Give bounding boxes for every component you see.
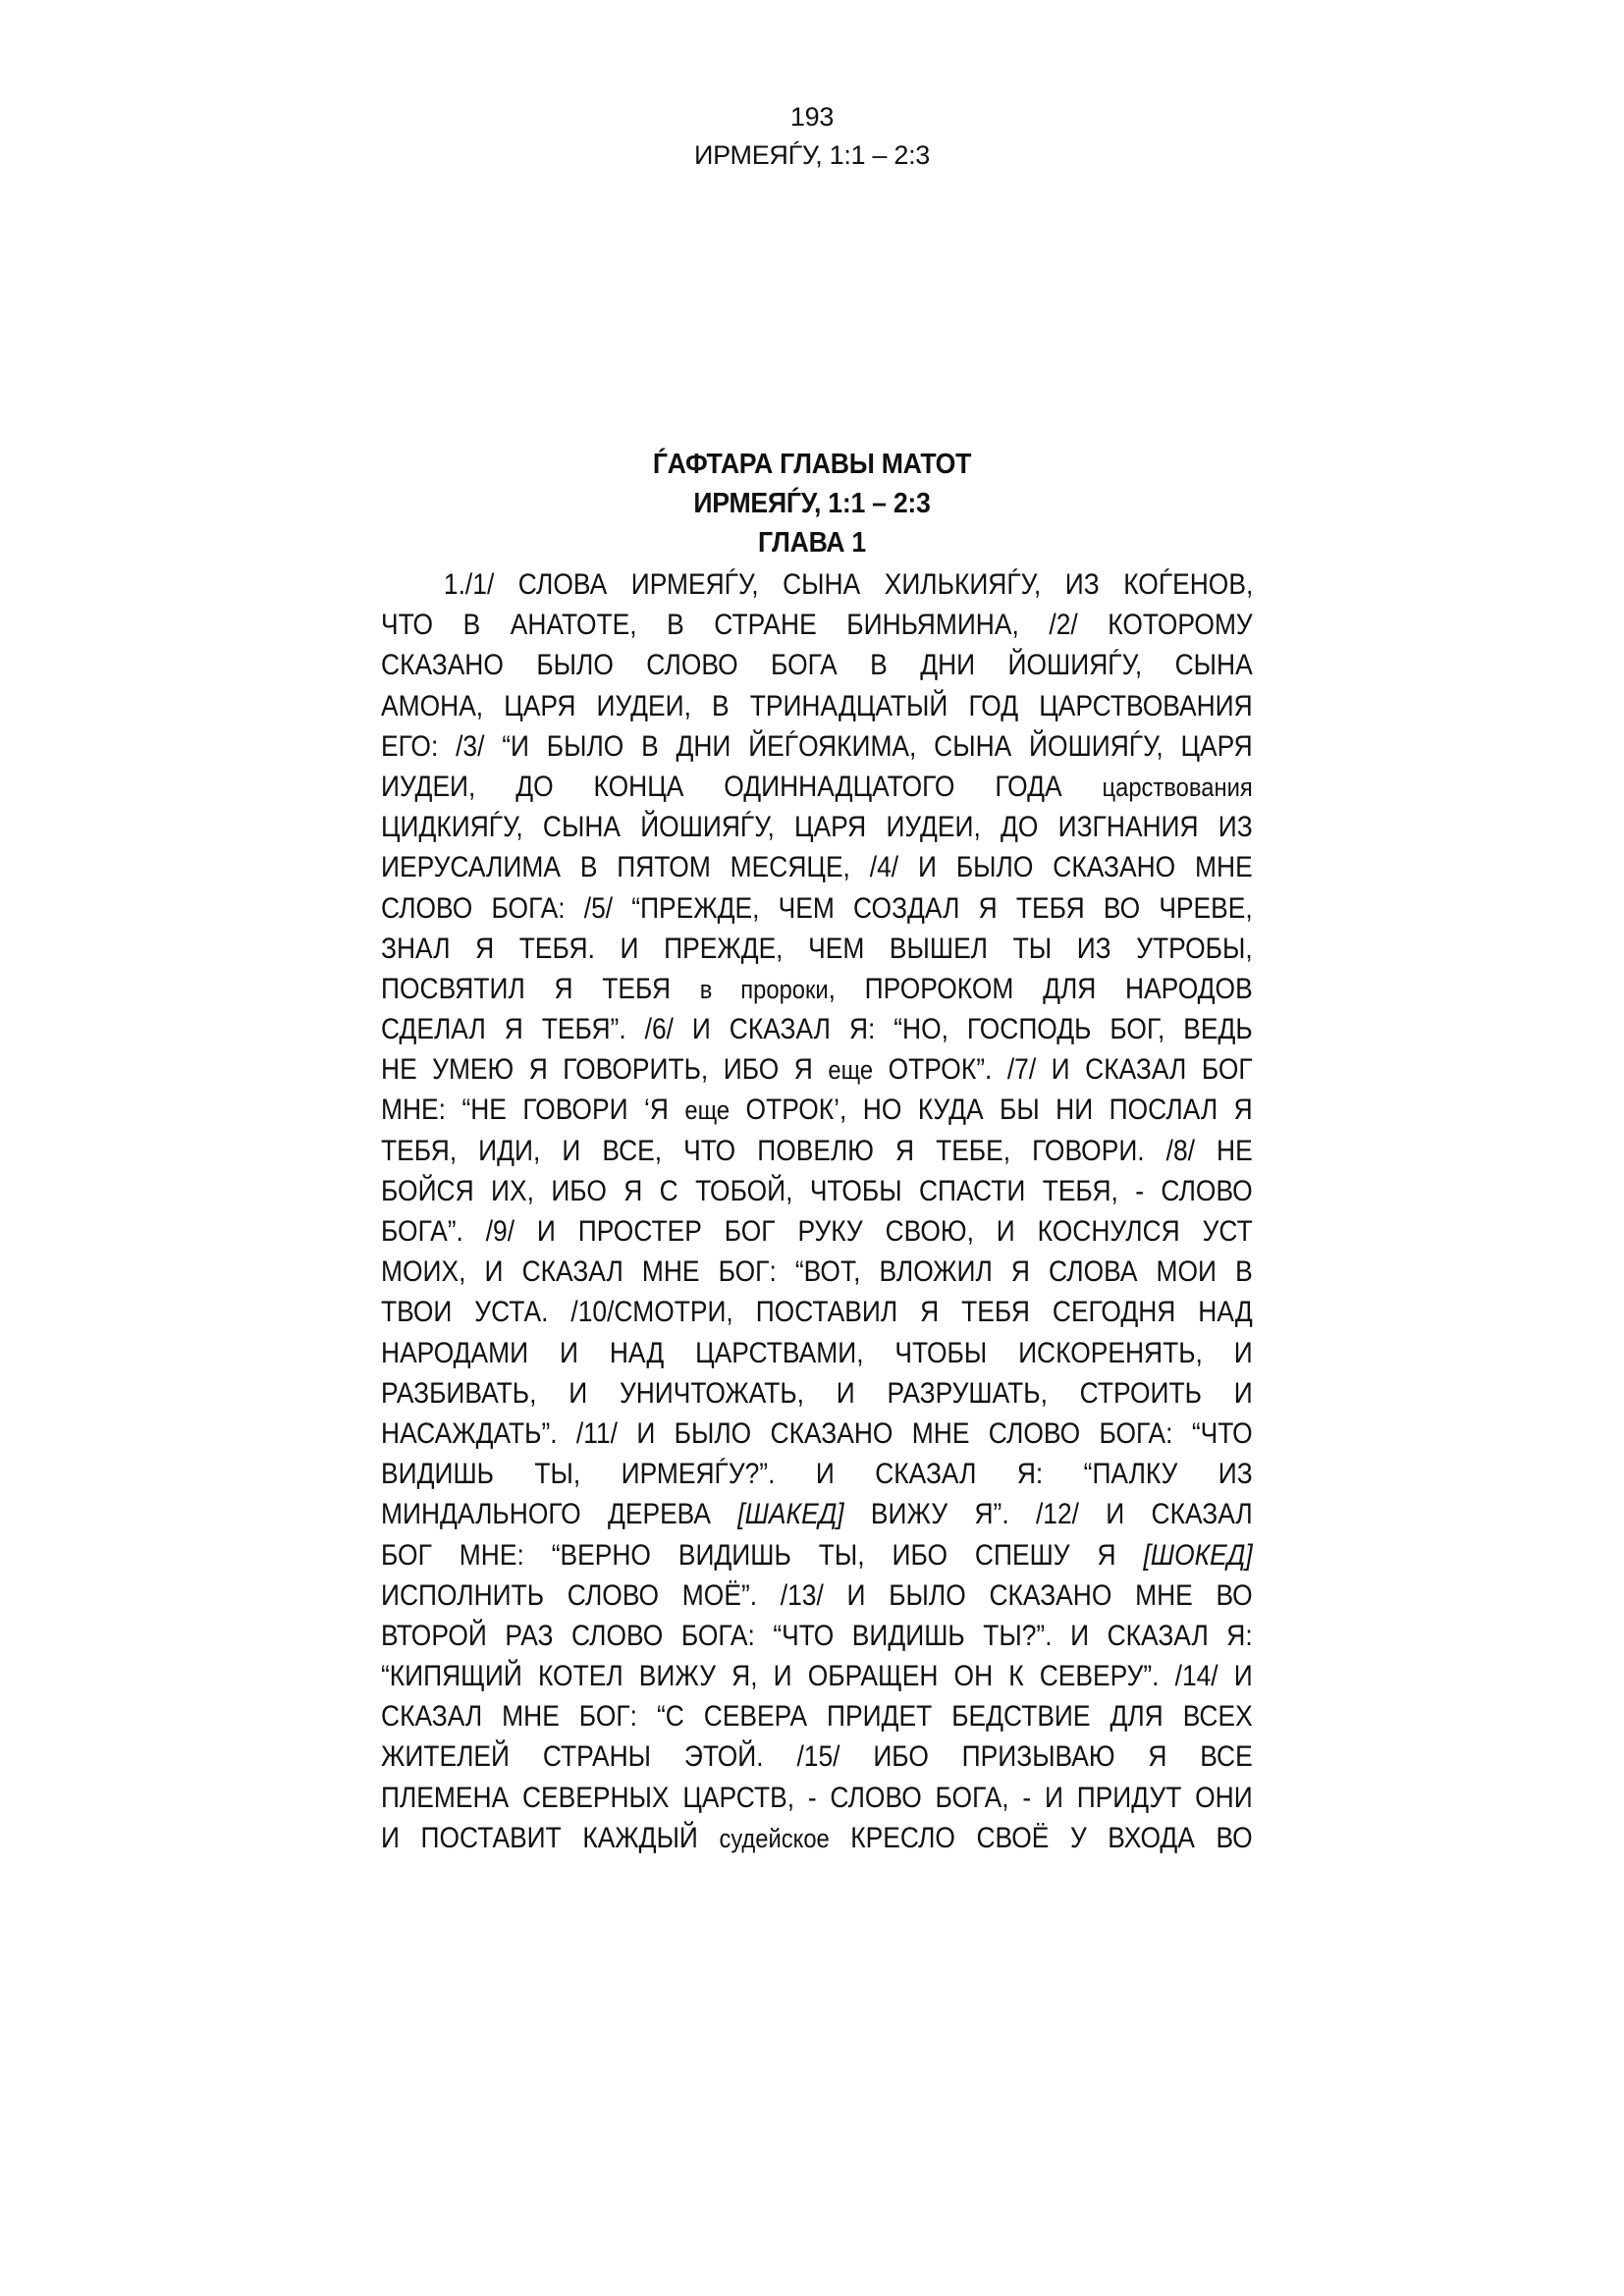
text-line-content: НАСАЖДАТЬ”. /11/ И БЫЛО СКАЗАНО МНЕ СЛОВ… <box>381 1414 1253 1454</box>
text-line-content: ИЕРУСАЛИМА В ПЯТОМ МЕСЯЦЕ, /4/ И БЫЛО СК… <box>381 847 1253 887</box>
body-text: 1./1/ СЛОВА ИРМЕЯЃУ, СЫНА ХИЛЬКИЯЃУ, ИЗ … <box>381 564 1253 1858</box>
text-line: ЦИДКИЯЃУ, СЫНА ЙОШИЯЃУ, ЦАРЯ ИУДЕИ, ДО И… <box>381 807 1253 847</box>
text-line-content: ЕГО: /3/ “И БЫЛО В ДНИ ЙЕЃОЯКИМА, СЫНА Й… <box>381 726 1253 767</box>
text-line-content: “КИПЯЩИЙ КОТЕЛ ВИЖУ Я, И ОБРАЩЕН ОН К СЕ… <box>381 1656 1253 1696</box>
text-line-content: ЖИТЕЛЕЙ СТРАНЫ ЭТОЙ. /15/ ИБО ПРИЗЫВАЮ Я… <box>381 1736 1253 1777</box>
text-line: СКАЗАНО БЫЛО СЛОВО БОГА В ДНИ ЙОШИЯЃУ, С… <box>381 645 1253 685</box>
text-line-content: ИСПОЛНИТЬ СЛОВО МОЁ”. /13/ И БЫЛО СКАЗАН… <box>381 1575 1253 1616</box>
text-line: БОЙСЯ ИХ, ИБО Я С ТОБОЙ, ЧТОБЫ СПАСТИ ТЕ… <box>381 1171 1253 1211</box>
text-line: ИСПОЛНИТЬ СЛОВО МОЁ”. /13/ И БЫЛО СКАЗАН… <box>381 1575 1253 1616</box>
text-line-content: ЧТО В АНАТОТЕ, В СТРАНЕ БИНЬЯМИНА, /2/ К… <box>381 605 1253 645</box>
text-line: МНЕ: “НЕ ГОВОРИ ‘Я еще ОТРОК’, НО КУДА Б… <box>381 1090 1253 1130</box>
text-line-content: БОГ МНЕ: “ВЕРНО ВИДИШЬ ТЫ, ИБО СПЕШУ Я [… <box>381 1535 1253 1575</box>
text-line-content: ИУДЕИ, ДО КОНЦА ОДИННАДЦАТОГО ГОДА царст… <box>381 767 1253 808</box>
text-line: БОГА”. /9/ И ПРОСТЕР БОГ РУКУ СВОЮ, И КО… <box>381 1211 1253 1252</box>
text-line: ВИДИШЬ ТЫ, ИРМЕЯЃУ?”. И СКАЗАЛ Я: “ПАЛКУ… <box>381 1454 1253 1494</box>
running-title: ИРМЕЯЃУ, 1:1 – 2:3 <box>0 136 1624 175</box>
text-line: СДЕЛАЛ Я ТЕБЯ”. /6/ И СКАЗАЛ Я: “НО, ГОС… <box>381 1009 1253 1049</box>
text-line: НЕ УМЕЮ Я ГОВОРИТЬ, ИБО Я еще ОТРОК”. /7… <box>381 1049 1253 1090</box>
text-line: И ПОСТАВИТ КАЖДЫЙ судейское КРЕСЛО СВОЁ … <box>381 1818 1253 1858</box>
text-line: ИЕРУСАЛИМА В ПЯТОМ МЕСЯЦЕ, /4/ И БЫЛО СК… <box>381 847 1253 887</box>
text-line-content: НЕ УМЕЮ Я ГОВОРИТЬ, ИБО Я еще ОТРОК”. /7… <box>381 1049 1253 1091</box>
inserted-word: в пророки <box>700 975 829 1004</box>
hebrew-term: [ШАКЕД] <box>737 1498 843 1530</box>
text-line: ВТОРОЙ РАЗ СЛОВО БОГА: “ЧТО ВИДИШЬ ТЫ?”.… <box>381 1616 1253 1656</box>
text-line: ТВОИ УСТА. /10/СМОТРИ, ПОСТАВИЛ Я ТЕБЯ С… <box>381 1292 1253 1332</box>
text-line: ПЛЕМЕНА СЕВЕРНЫХ ЦАРСТВ, - СЛОВО БОГА, -… <box>381 1778 1253 1818</box>
text-line: СКАЗАЛ МНЕ БОГ: “С СЕВЕРА ПРИДЕТ БЕДСТВИ… <box>381 1696 1253 1736</box>
scripture-reference: ИРМЕЯЃУ, 1:1 – 2:3 <box>65 484 1559 523</box>
chapter-title: ГЛАВА 1 <box>65 523 1559 562</box>
text-line-content: МНЕ: “НЕ ГОВОРИ ‘Я еще ОТРОК’, НО КУДА Б… <box>381 1090 1253 1131</box>
text-line-content: ТВОИ УСТА. /10/СМОТРИ, ПОСТАВИЛ Я ТЕБЯ С… <box>381 1292 1253 1332</box>
haftara-title: ЃАФТАРА ГЛАВЫ МАТОТ <box>65 445 1559 484</box>
text-line-content: БОГА”. /9/ И ПРОСТЕР БОГ РУКУ СВОЮ, И КО… <box>381 1211 1253 1252</box>
page-number: 193 <box>0 98 1624 136</box>
hebrew-term: [ШОКЕД] <box>1143 1539 1252 1572</box>
text-line-content: 1./1/ СЛОВА ИРМЕЯЃУ, СЫНА ХИЛЬКИЯЃУ, ИЗ … <box>414 564 1253 605</box>
inserted-word: еще <box>684 1095 730 1125</box>
text-line: АМОНА, ЦАРЯ ИУДЕИ, В ТРИНАДЦАТЫЙ ГОД ЦАР… <box>381 686 1253 726</box>
text-line-content: БОЙСЯ ИХ, ИБО Я С ТОБОЙ, ЧТОБЫ СПАСТИ ТЕ… <box>381 1171 1253 1211</box>
text-line: “КИПЯЩИЙ КОТЕЛ ВИЖУ Я, И ОБРАЩЕН ОН К СЕ… <box>381 1656 1253 1696</box>
text-line: ЧТО В АНАТОТЕ, В СТРАНЕ БИНЬЯМИНА, /2/ К… <box>381 605 1253 645</box>
text-line-content: И ПОСТАВИТ КАЖДЫЙ судейское КРЕСЛО СВОЁ … <box>381 1818 1253 1859</box>
text-line: ЖИТЕЛЕЙ СТРАНЫ ЭТОЙ. /15/ ИБО ПРИЗЫВАЮ Я… <box>381 1736 1253 1777</box>
text-line: ЕГО: /3/ “И БЫЛО В ДНИ ЙЕЃОЯКИМА, СЫНА Й… <box>381 726 1253 767</box>
text-line-content: ЗНАЛ Я ТЕБЯ. И ПРЕЖДЕ, ЧЕМ ВЫШЕЛ ТЫ ИЗ У… <box>381 929 1253 969</box>
text-line-content: СКАЗАЛ МНЕ БОГ: “С СЕВЕРА ПРИДЕТ БЕДСТВИ… <box>381 1696 1253 1736</box>
text-line-content: СДЕЛАЛ Я ТЕБЯ”. /6/ И СКАЗАЛ Я: “НО, ГОС… <box>381 1009 1253 1049</box>
section-heading: ЃАФТАРА ГЛАВЫ МАТОТ ИРМЕЯЃУ, 1:1 – 2:3 Г… <box>0 445 1624 562</box>
text-line-content: ВТОРОЙ РАЗ СЛОВО БОГА: “ЧТО ВИДИШЬ ТЫ?”.… <box>381 1616 1253 1656</box>
text-line: ИУДЕИ, ДО КОНЦА ОДИННАДЦАТОГО ГОДА царст… <box>381 767 1253 807</box>
text-line-content: РАЗБИВАТЬ, И УНИЧТОЖАТЬ, И РАЗРУШАТЬ, СТ… <box>381 1373 1253 1414</box>
inserted-word: царствования <box>1103 773 1253 802</box>
text-line-content: СЛОВО БОГА: /5/ “ПРЕЖДЕ, ЧЕМ СОЗДАЛ Я ТЕ… <box>381 888 1253 929</box>
text-line-content: ПЛЕМЕНА СЕВЕРНЫХ ЦАРСТВ, - СЛОВО БОГА, -… <box>381 1778 1253 1818</box>
text-line-content: ЦИДКИЯЃУ, СЫНА ЙОШИЯЃУ, ЦАРЯ ИУДЕИ, ДО И… <box>381 807 1253 847</box>
inserted-word: еще <box>828 1055 873 1085</box>
text-line-content: ТЕБЯ, ИДИ, И ВСЕ, ЧТО ПОВЕЛЮ Я ТЕБЕ, ГОВ… <box>381 1131 1253 1171</box>
text-line-content: НАРОДАМИ И НАД ЦАРСТВАМИ, ЧТОБЫ ИСКОРЕНЯ… <box>381 1333 1253 1373</box>
text-line: РАЗБИВАТЬ, И УНИЧТОЖАТЬ, И РАЗРУШАТЬ, СТ… <box>381 1373 1253 1414</box>
text-line: НАСАЖДАТЬ”. /11/ И БЫЛО СКАЗАНО МНЕ СЛОВ… <box>381 1414 1253 1454</box>
page-header: 193 ИРМЕЯЃУ, 1:1 – 2:3 <box>0 98 1624 175</box>
text-line: ПОСВЯТИЛ Я ТЕБЯ в пророки, ПРОРОКОМ ДЛЯ … <box>381 969 1253 1009</box>
text-line: МИНДАЛЬНОГО ДЕРЕВА [ШАКЕД] ВИЖУ Я”. /12/… <box>381 1494 1253 1534</box>
text-line: МОИХ, И СКАЗАЛ МНЕ БОГ: “ВОТ, ВЛОЖИЛ Я С… <box>381 1252 1253 1292</box>
text-line-content: МИНДАЛЬНОГО ДЕРЕВА [ШАКЕД] ВИЖУ Я”. /12/… <box>381 1494 1253 1534</box>
text-line: 1./1/ СЛОВА ИРМЕЯЃУ, СЫНА ХИЛЬКИЯЃУ, ИЗ … <box>381 564 1253 605</box>
text-line: НАРОДАМИ И НАД ЦАРСТВАМИ, ЧТОБЫ ИСКОРЕНЯ… <box>381 1333 1253 1373</box>
text-line-content: СКАЗАНО БЫЛО СЛОВО БОГА В ДНИ ЙОШИЯЃУ, С… <box>381 645 1253 685</box>
text-line: ТЕБЯ, ИДИ, И ВСЕ, ЧТО ПОВЕЛЮ Я ТЕБЕ, ГОВ… <box>381 1131 1253 1171</box>
text-line-content: АМОНА, ЦАРЯ ИУДЕИ, В ТРИНАДЦАТЫЙ ГОД ЦАР… <box>381 686 1253 726</box>
inserted-word: судейское <box>719 1824 829 1853</box>
text-line: БОГ МНЕ: “ВЕРНО ВИДИШЬ ТЫ, ИБО СПЕШУ Я [… <box>381 1535 1253 1575</box>
text-line-content: ВИДИШЬ ТЫ, ИРМЕЯЃУ?”. И СКАЗАЛ Я: “ПАЛКУ… <box>381 1454 1253 1494</box>
text-line: ЗНАЛ Я ТЕБЯ. И ПРЕЖДЕ, ЧЕМ ВЫШЕЛ ТЫ ИЗ У… <box>381 929 1253 969</box>
text-line-content: МОИХ, И СКАЗАЛ МНЕ БОГ: “ВОТ, ВЛОЖИЛ Я С… <box>381 1252 1253 1292</box>
text-line: СЛОВО БОГА: /5/ “ПРЕЖДЕ, ЧЕМ СОЗДАЛ Я ТЕ… <box>381 888 1253 929</box>
text-line-content: ПОСВЯТИЛ Я ТЕБЯ в пророки, ПРОРОКОМ ДЛЯ … <box>381 969 1253 1010</box>
